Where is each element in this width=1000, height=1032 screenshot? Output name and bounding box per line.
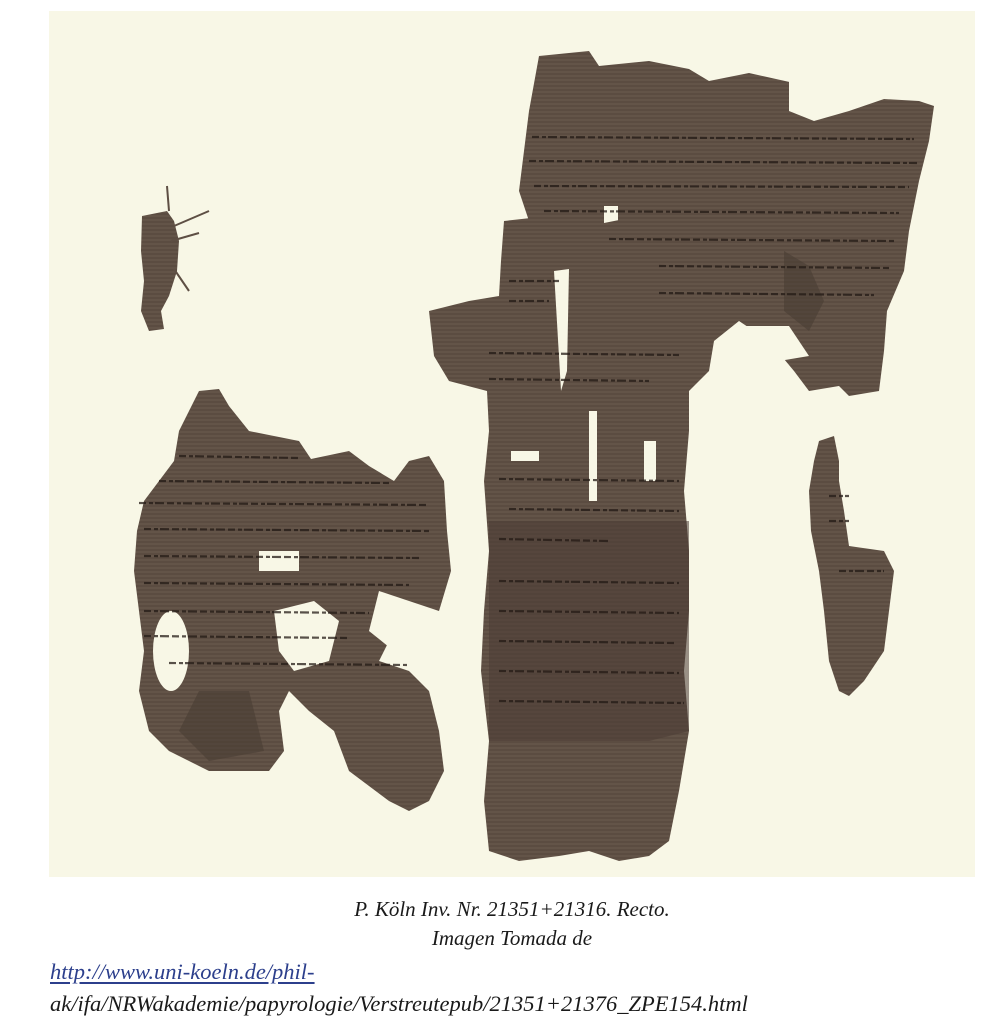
source-url-path: ak/ifa/NRWakademie/papyrologie/Verstreut… [50, 990, 748, 1018]
fragment-small-left [141, 186, 209, 331]
source-link[interactable]: http://www.uni-koeln.de/phil- [50, 958, 315, 986]
fragment-left-large [134, 389, 451, 811]
figure-caption-source-label: Imagen Tomada de [49, 925, 975, 951]
figure-caption-title: P. Köln Inv. Nr. 21351+21316. Recto. [49, 896, 975, 922]
papyrus-fragments-illustration [49, 11, 975, 877]
fragment-right-small [809, 436, 894, 696]
fragment-center-column [429, 216, 699, 861]
papyrus-photo [49, 11, 975, 877]
